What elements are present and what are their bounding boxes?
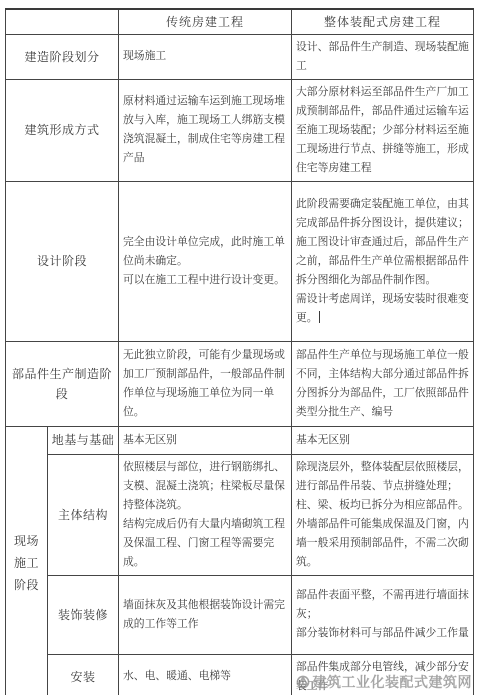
cell-traditional: 水、电、暖通、电梯等 [119, 654, 292, 695]
comparison-table: 传统房建工程 整体装配式房建工程 建造阶段划分 现场施工 设计、部品件生产制造、… [5, 8, 474, 695]
row-label-design-stage: 设计阶段 [6, 181, 119, 341]
table-row: 装饰装修 墙面抹灰及其他根据装饰设计需完成的工作等工作 部品件表面平整，不需再进… [6, 575, 474, 654]
page: 传统房建工程 整体装配式房建工程 建造阶段划分 现场施工 设计、部品件生产制造、… [0, 0, 478, 695]
table-row: 建造阶段划分 现场施工 设计、部品件生产制造、现场装配施工 [6, 34, 474, 79]
cell-traditional: 现场施工 [119, 34, 292, 79]
header-traditional: 传统房建工程 [119, 9, 292, 34]
table-row: 现场 施工 阶段 地基与基础 基本无区别 基本无区别 [6, 426, 474, 454]
subrow-label-foundation: 地基与基础 [48, 426, 119, 454]
cell-prefab-text: 此阶段需要确定装配施工单位，由其完成部品件拆分图设计，提供建议； 施工图设计审查… [296, 198, 469, 324]
header-empty-cell [6, 9, 119, 34]
cell-traditional: 墙面抹灰及其他根据装饰设计需完成的工作等工作 [119, 575, 292, 654]
row-label-stage-division: 建造阶段划分 [6, 34, 119, 79]
row-label-site-construction-stage: 现场 施工 阶段 [6, 426, 48, 695]
cell-prefab: 部品件表面平整，不需再进行墙面抹灰； 部分装饰材料可与部品件减少工作量 [292, 575, 474, 654]
table-header-row: 传统房建工程 整体装配式房建工程 [6, 9, 474, 34]
subrow-label-main-structure: 主体结构 [48, 454, 119, 575]
cell-traditional: 基本无区别 [119, 426, 292, 454]
cell-traditional: 完全由设计单位完成，此时施工单位尚未确定。 可以在施工工程中进行设计变更。 [119, 181, 292, 341]
cell-prefab: 部品件生产单位与现场施工单位一般不同，主体结构大部分通过部品件拆分图拆分为部品件… [292, 341, 474, 426]
cell-prefab: 部品件集成部分电管线，减少部分安装工作 [292, 654, 474, 695]
cell-prefab: 此阶段需要确定装配施工单位，由其完成部品件拆分图设计，提供建议； 施工图设计审查… [292, 181, 474, 341]
cell-prefab: 大部分原材料运至部品件生产厂加工成预制部品件，部品件通过运输车运至施工现场装配；… [292, 79, 474, 181]
cell-prefab: 除现浇层外，整体装配层依照楼层，进行部品件吊装、节点拼缝处理；柱、梁、板均已拆分… [292, 454, 474, 575]
cell-traditional: 无此独立阶段，可能有少量现场或加工厂预制部品件，一般部品件制作单位与现场施工单位… [119, 341, 292, 426]
table-row: 安装 水、电、暖通、电梯等 部品件集成部分电管线，减少部分安装工作 [6, 654, 474, 695]
table-row: 部品件生产制造阶段 无此独立阶段，可能有少量现场或加工厂预制部品件，一般部品件制… [6, 341, 474, 426]
cell-traditional: 依照楼层与部位，进行钢筋绑扎、支模、混凝土浇筑；柱梁板尽量保持整体浇筑。 结构完… [119, 454, 292, 575]
cell-prefab: 设计、部品件生产制造、现场装配施工 [292, 34, 474, 79]
subrow-label-decoration: 装饰装修 [48, 575, 119, 654]
table-row: 建筑形成方式 原材料通过运输车运到施工现场堆放与入库，施工现场工人绑筋支模浇筑混… [6, 79, 474, 181]
header-prefab: 整体装配式房建工程 [292, 9, 474, 34]
row-label-formation-method: 建筑形成方式 [6, 79, 119, 181]
table-row: 主体结构 依照楼层与部位，进行钢筋绑扎、支模、混凝土浇筑；柱梁板尽量保持整体浇筑… [6, 454, 474, 575]
text-cursor [319, 311, 320, 323]
cell-traditional: 原材料通过运输车运到施工现场堆放与入库，施工现场工人绑筋支模浇筑混凝土，制成住宅… [119, 79, 292, 181]
table-row: 设计阶段 完全由设计单位完成，此时施工单位尚未确定。 可以在施工工程中进行设计变… [6, 181, 474, 341]
subrow-label-installation: 安装 [48, 654, 119, 695]
cell-prefab: 基本无区别 [292, 426, 474, 454]
row-label-component-production-stage: 部品件生产制造阶段 [6, 341, 119, 426]
